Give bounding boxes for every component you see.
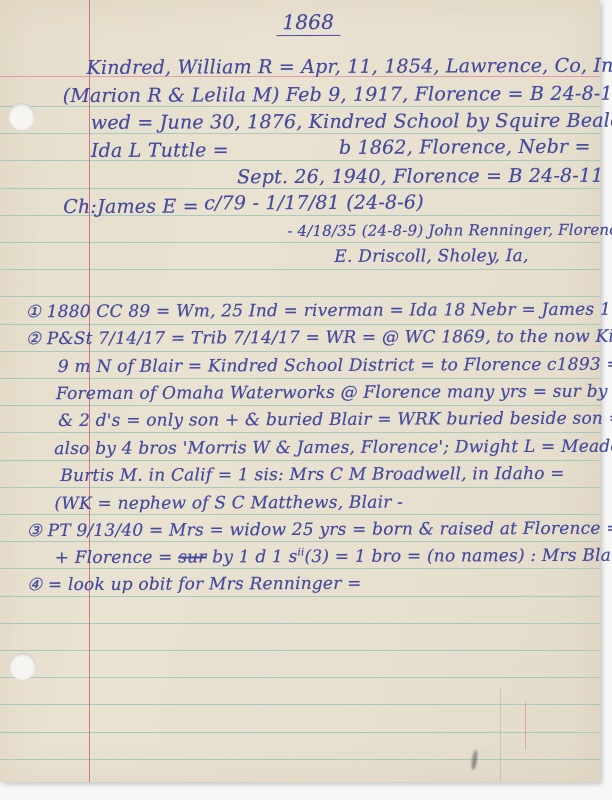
handwritten-line: (WK = nephew of S C Matthews, Blair - [54, 493, 403, 515]
page-title-year: 1868 [276, 10, 340, 34]
handwritten-line: wed = June 30, 1876, Kindred School by S… [91, 110, 612, 134]
handwritten-line: - 4/18/35 (24-8-9) John Renninger, Flore… [287, 220, 612, 240]
handwritten-line: Sept. 26, 1940, Florence = B 24-8-11 [237, 165, 604, 189]
paper-sheet: 1868Kindred, William R = Apr, 11, 1854, … [0, 0, 600, 782]
handwritten-line: Foreman of Omaha Waterworks @ Florence m… [56, 381, 612, 404]
handwritten-line: 9 m N of Blair = Kindred School District… [58, 355, 612, 377]
handwriting-layer: 1868Kindred, William R = Apr, 11, 1854, … [0, 0, 602, 783]
handwritten-line: James E = [97, 195, 199, 217]
handwritten-line: E. Driscoll, Sholey, Ia, [334, 246, 528, 267]
handwritten-line: Burtis M. in Calif = 1 sis: Mrs C M Broa… [60, 464, 564, 486]
handwritten-line: Ch: [63, 196, 97, 218]
handwritten-line: (Marion R & Lelila M) Feb 9, 1917, Flore… [63, 83, 612, 107]
handwritten-line: ④ = look up obit for Mrs Renninger = [27, 574, 362, 595]
handwritten-line: Ida L Tuttle = [91, 139, 229, 162]
ink-bleed-line [525, 702, 526, 750]
handwritten-line: & 2 d's = only son + & buried Blair = WR… [58, 408, 612, 431]
handwritten-line: ① 1880 CC 89 = Wm, 25 Ind = riverman = I… [26, 299, 612, 322]
handwritten-line: ② P&St 7/14/17 = Trib 7/14/17 = WR = @ W… [26, 326, 612, 349]
handwritten-line: + Florence = sur by 1 d 1 sii(3) = 1 bro… [55, 545, 612, 568]
handwritten-line: also by 4 bros 'Morris W & James, Floren… [54, 436, 612, 459]
handwritten-line: Kindred, William R = Apr, 11, 1854, Lawr… [87, 55, 612, 79]
handwritten-line: ③ PT 9/13/40 = Mrs = widow 25 yrs = born… [27, 519, 612, 542]
scanned-page: 1868Kindred, William R = Apr, 11, 1854, … [0, 0, 612, 800]
handwritten-line: b 1862, Florence, Nebr = [339, 136, 591, 159]
paper-crease [500, 688, 501, 782]
handwritten-line: c/79 - 1/17/81 (24-8-6) [204, 191, 424, 214]
